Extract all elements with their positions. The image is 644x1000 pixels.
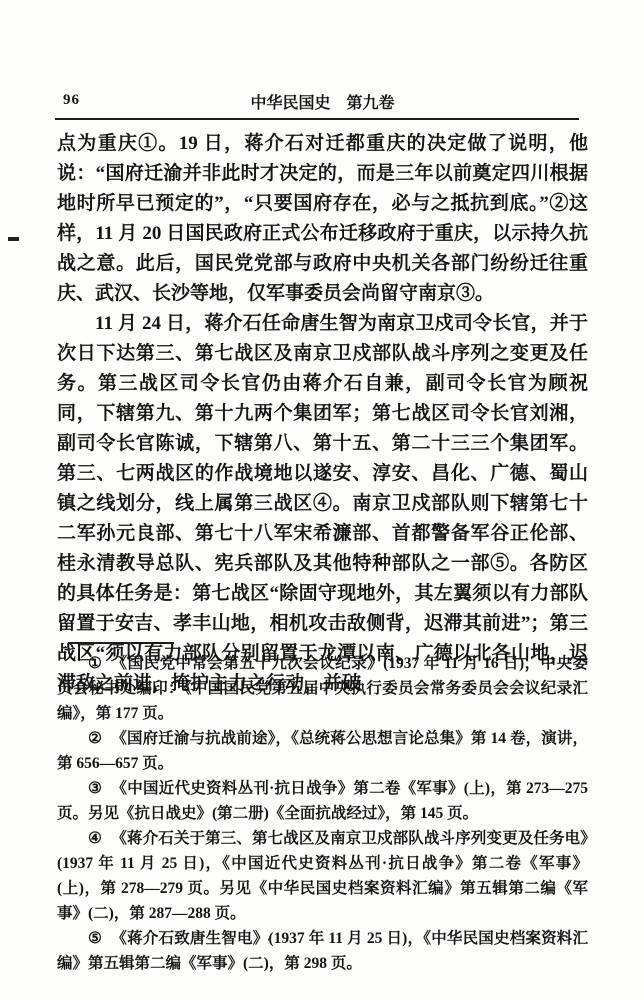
header-rule xyxy=(55,118,579,120)
footnote-marker: ② xyxy=(88,730,111,747)
body-text: 点为重庆①。19 日，蒋介石对迁都重庆的决定做了说明，他说：“国府迁渝并非此时才… xyxy=(57,129,588,699)
footnote-marker: ⑤ xyxy=(88,930,111,947)
footnote-marker: ③ xyxy=(88,780,111,797)
footnote-text: 《中国近代史资料丛刊·抗日战争》第二卷《军事》(上)，第 273—275 页。另… xyxy=(57,780,588,822)
footnote-separator xyxy=(68,642,174,644)
footnote-text: 《蒋介石关于第三、第七战区及南京卫戍部队战斗序列变更及任务电》(1937 年 1… xyxy=(57,830,588,922)
paragraph: 11 月 24 日，蒋介石任命唐生智为南京卫戍司令长官，并于次日下达第三、第七战… xyxy=(57,309,588,699)
scan-artifact xyxy=(8,237,19,241)
scan-artifact xyxy=(268,938,271,941)
footnote-item: ②《国府迁渝与抗战前途》，《总统蒋公思想言论总集》第 14 卷，演讲，第 656… xyxy=(57,726,588,776)
footnote-item: ③《中国近代史资料丛刊·抗日战争》第二卷《军事》(上)，第 273—275 页。… xyxy=(57,776,588,826)
page-header: 96 中华民国史 第九卷 xyxy=(57,90,588,114)
footnote-item: ④《蒋介石关于第三、第七战区及南京卫戍部队战斗序列变更及任务电》(1937 年 … xyxy=(57,826,588,926)
footnote-text: 《国府迁渝与抗战前途》，《总统蒋公思想言论总集》第 14 卷，演讲，第 656—… xyxy=(57,730,588,772)
footnote-text: 《蒋介石致唐生智电》(1937 年 11 月 25 日)，《中华民国史档案资料汇… xyxy=(57,930,588,972)
footnote-marker: ④ xyxy=(88,830,111,847)
footnote-item: ①《国民党中常会第五十九次会议纪录》(1937 年 11 月 16 日)，中央委… xyxy=(57,651,588,726)
footnotes: ①《国民党中常会第五十九次会议纪录》(1937 年 11 月 16 日)，中央委… xyxy=(57,651,588,976)
book-page: 96 中华民国史 第九卷 点为重庆①。19 日，蒋介石对迁都重庆的决定做了说明，… xyxy=(0,0,644,1000)
footnote-marker: ① xyxy=(88,655,112,672)
running-title: 中华民国史 第九卷 xyxy=(57,90,588,113)
footnote-text: 《国民党中常会第五十九次会议纪录》(1937 年 11 月 16 日)，中央委员… xyxy=(57,655,588,722)
paragraph: 点为重庆①。19 日，蒋介石对迁都重庆的决定做了说明，他说：“国府迁渝并非此时才… xyxy=(57,129,588,309)
footnote-item: ⑤《蒋介石致唐生智电》(1937 年 11 月 25 日)，《中华民国史档案资料… xyxy=(57,926,588,976)
